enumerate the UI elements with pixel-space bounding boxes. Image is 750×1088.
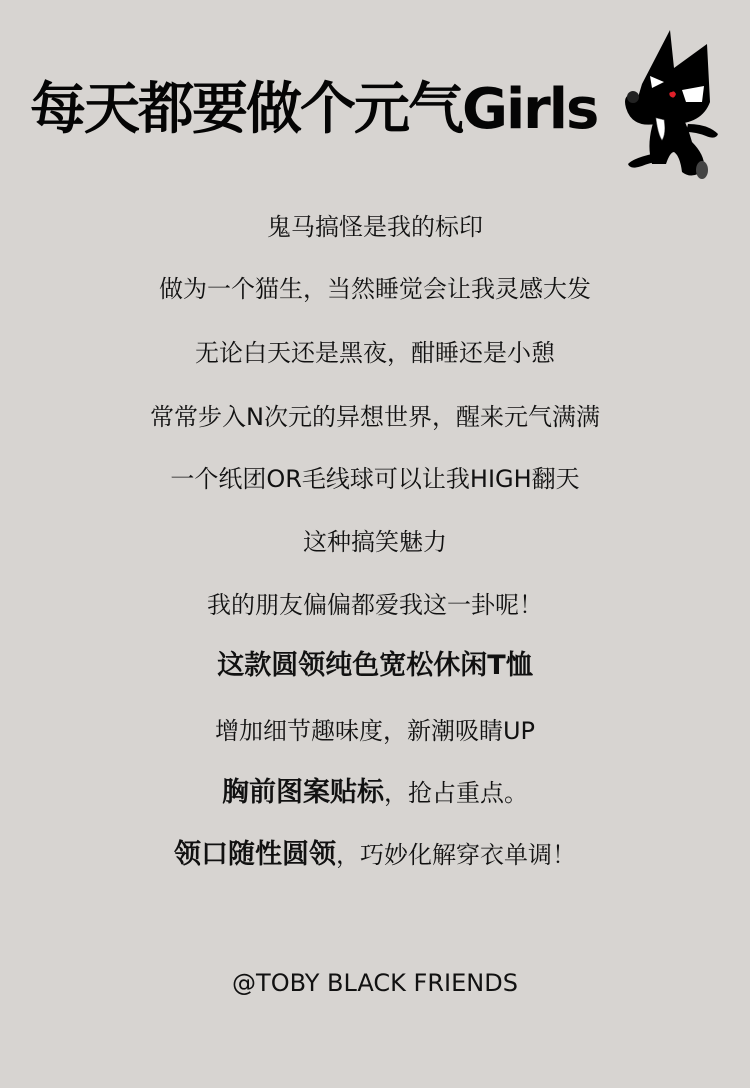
feature-text: ，抢占重点。 [384, 779, 528, 807]
text-line: 做为一个猫生，当然睡觉会让我灵感大发 [0, 274, 750, 304]
feature-highlight: 领口随性圆领 [174, 839, 336, 870]
feature-line: 领口随性圆领，巧妙化解穿衣单调！ [0, 840, 750, 870]
text-line: 一个纸团OR毛线球可以让我HIGH翻天 [0, 464, 750, 494]
page-title: 每天都要做个元气Girls [30, 78, 597, 142]
brand-footer: @TOBY BLACK FRIENDS [0, 968, 750, 998]
text-line: 这种搞笑魅力 [0, 527, 750, 557]
product-heading: 这款圆领纯色宽松休闲T恤 [0, 651, 750, 681]
feature-line: 胸前图案贴标，抢占重点。 [0, 778, 750, 808]
text-line: 增加细节趣味度，新潮吸睛UP [0, 716, 750, 746]
feature-highlight: 胸前图案贴标 [222, 777, 384, 808]
feature-text: ，巧妙化解穿衣单调！ [336, 841, 576, 869]
text-line: 鬼马搞怪是我的标印 [0, 212, 750, 242]
text-line: 我的朋友偏偏都爱我这一卦呢！ [0, 590, 750, 620]
text-line: 常常步入N次元的异想世界，醒来元气满满 [0, 402, 750, 432]
text-line: 无论白天还是黑夜，酣睡还是小憩 [0, 338, 750, 368]
black-cat-mascot-icon [612, 24, 732, 184]
